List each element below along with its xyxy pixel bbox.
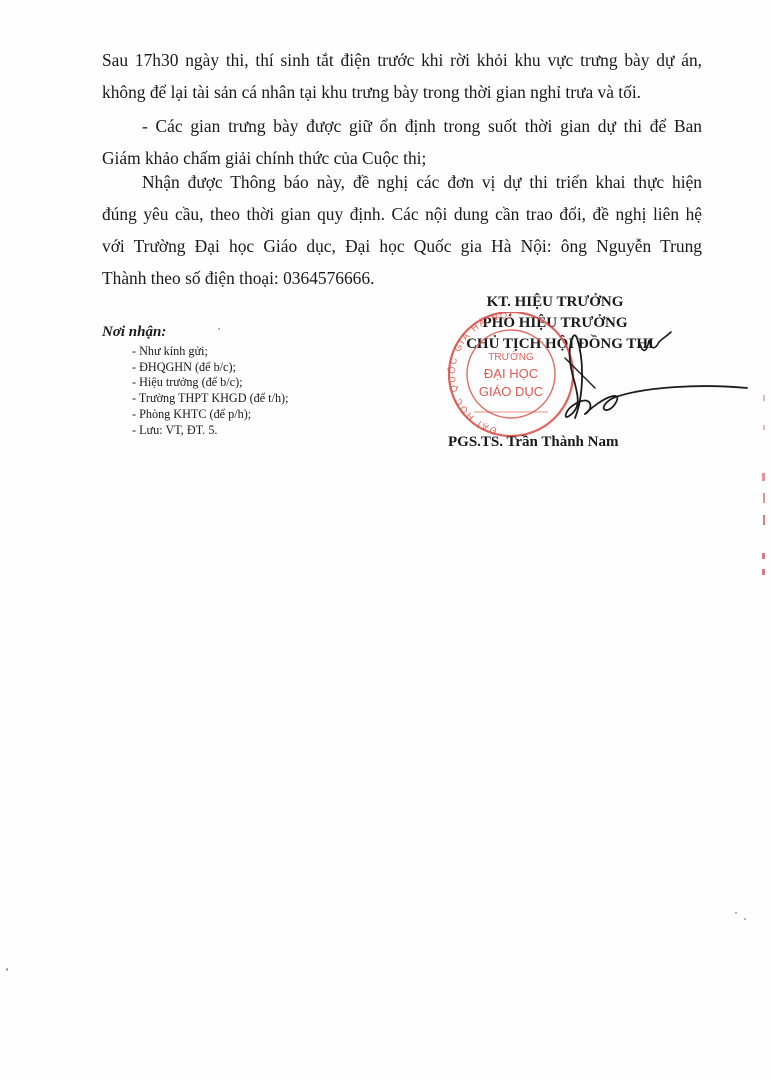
signature-title-vice: PHÓ HIỆU TRƯỞNG (430, 313, 680, 334)
paragraph-lights-off: Sau 17h30 ngày thi, thí sinh tắt điện tr… (102, 44, 702, 108)
recipient-item: - Trường THPT KHGD (để t/h); (102, 391, 382, 407)
recipient-item: - Lưu: VT, ĐT. 5. (102, 423, 382, 439)
recipient-item: - Hiệu trưởng (để b/c); (102, 375, 382, 391)
recipients-title: Nơi nhận: (102, 322, 382, 342)
scan-speck (744, 918, 746, 920)
scan-speck (735, 912, 737, 914)
signature-block: KT. HIỆU TRƯỞNG PHÓ HIỆU TRƯỞNG CHỦ TỊCH… (430, 292, 680, 355)
document-page: Sau 17h30 ngày thi, thí sinh tắt điện tr… (0, 0, 771, 1080)
text-line: - Các gian trưng bày được giữ ổn định tr… (102, 110, 702, 142)
svg-text:ĐẠI HỌC: ĐẠI HỌC (484, 366, 538, 381)
scan-speck (218, 328, 220, 330)
scan-speck (6, 968, 8, 971)
text-line: không để lại tài sản cá nhân tại khu trư… (102, 76, 702, 108)
recipients-list: Nơi nhận: - Như kính gửi; - ĐHQGHN (để b… (102, 322, 382, 438)
text-line: với Trường Đại học Giáo dục, Đại học Quố… (102, 230, 702, 262)
signer-name: PGS.TS. Trần Thành Nam (448, 434, 618, 451)
signature-title-chair: CHỦ TỊCH HỘI ĐỒNG THI (440, 334, 680, 355)
scan-edge-marks-icon (759, 395, 769, 585)
recipient-item: - ĐHQGHN (để b/c); (102, 360, 382, 376)
text-line: Nhận được Thông báo này, đề nghị các đơn… (102, 166, 702, 198)
text-line: Sau 17h30 ngày thi, thí sinh tắt điện tr… (102, 44, 702, 76)
recipient-item: - Như kính gửi; (102, 344, 382, 360)
text-line: đúng yêu cầu, theo thời gian quy định. C… (102, 198, 702, 230)
paragraph-booth-stability: - Các gian trưng bày được giữ ổn định tr… (102, 110, 702, 174)
recipient-item: - Phòng KHTC (để p/h); (102, 407, 382, 423)
svg-text:GIÁO DỤC: GIÁO DỤC (479, 384, 543, 399)
paragraph-contact: Nhận được Thông báo này, đề nghị các đơn… (102, 166, 702, 294)
text-line: Thành theo số điện thoại: 0364576666. (102, 262, 702, 294)
signature-title-acting: KT. HIỆU TRƯỞNG (430, 292, 680, 313)
